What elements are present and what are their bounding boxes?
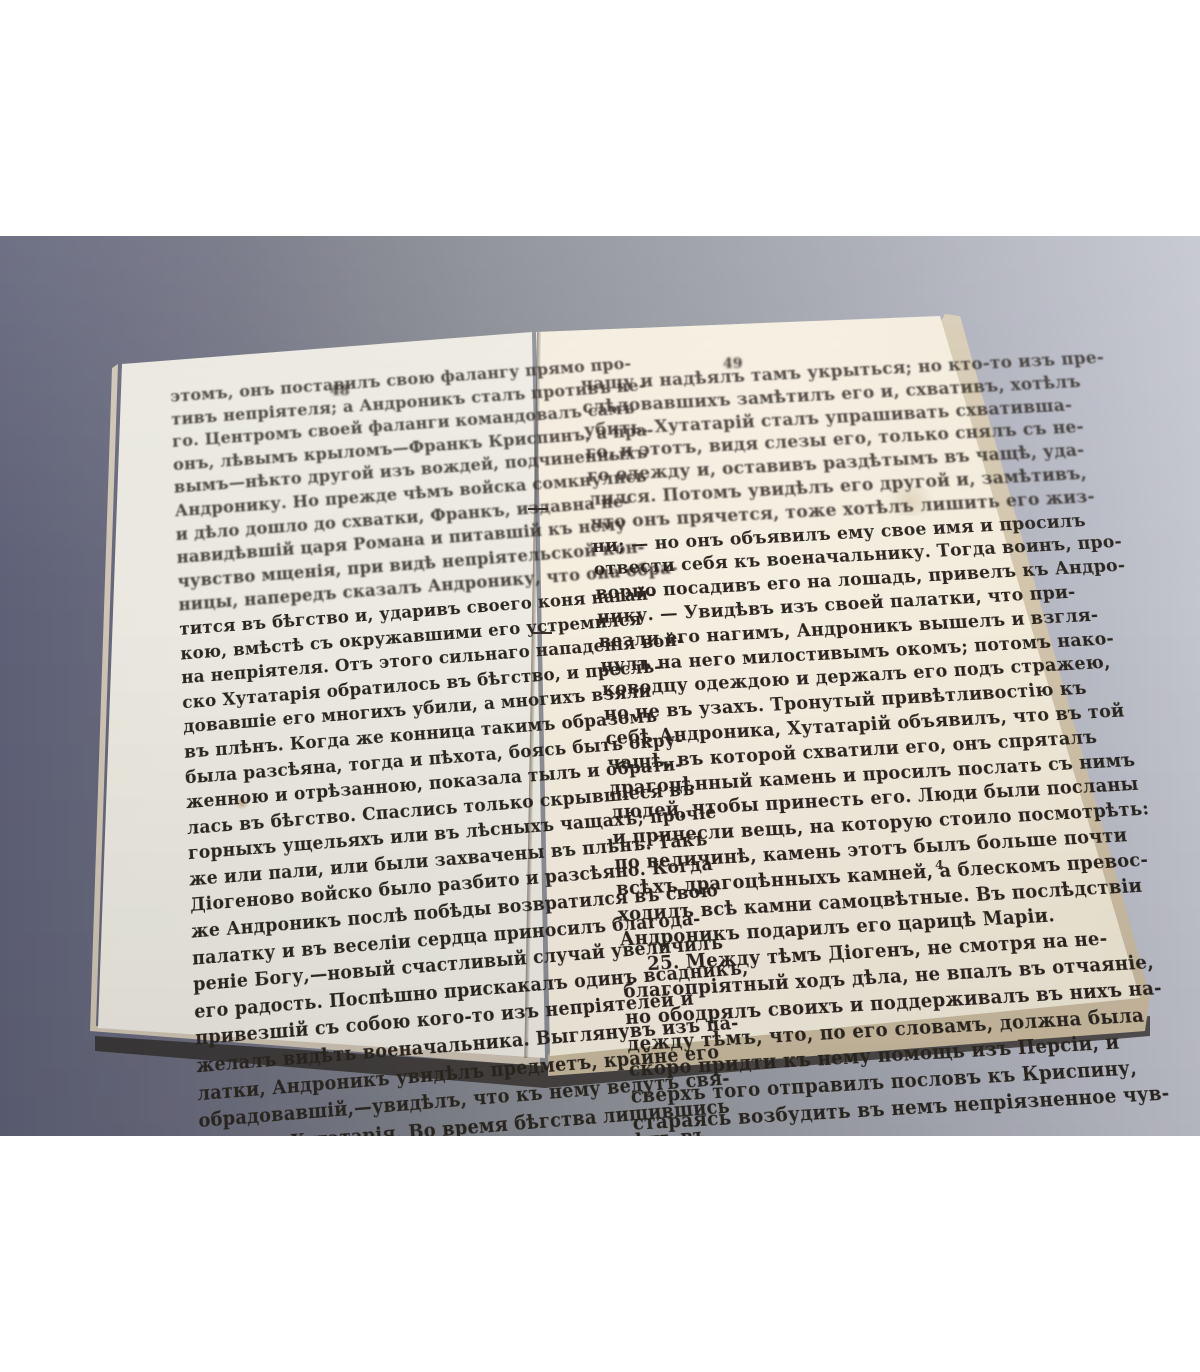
left-page-text: этомъ, онъ поставилъ свою фалангу прямо … [170,363,561,1136]
right-page-text: чащу и надѣялъ тамъ укрыться; но кто-то … [580,356,1003,1136]
book-photograph: 48 49 этомъ, онъ поставилъ свою фалангу … [0,236,1200,1136]
signature-mark: 4 [935,858,943,872]
